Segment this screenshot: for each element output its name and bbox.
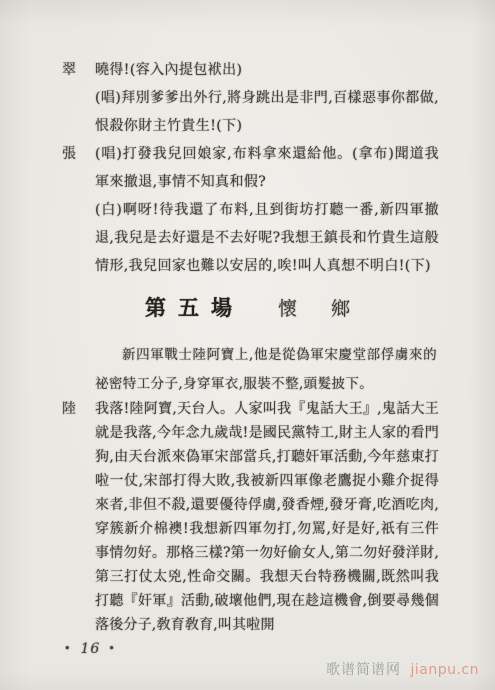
speaker-name: 張 <box>62 140 95 168</box>
speaker-name: 陸 <box>62 397 95 421</box>
dialogue-block-lu: 陸 我落!陸阿寶,天台人。人家叫我『鬼話大王』,鬼話大王就是我落,今年念九歲哉!… <box>62 397 439 637</box>
scene-subtitle-char: 懷 <box>278 298 297 320</box>
dialogue-paragraph: 我落!陸阿寶,天台人。人家叫我『鬼話大王』,鬼話大王就是我落,今年念九歲哉!是國… <box>95 397 439 637</box>
scanned-script-page: 翠 曉得!(容入內提包袱出) (唱)拜別爹爹出外行,將身跳出是非門,百樣惡事你都… <box>0 0 495 690</box>
page-number-bullet: • <box>64 642 73 655</box>
page-number: •16• <box>64 641 117 657</box>
dialogue-paragraph: (白)啊呀!待我還了布料,且到街坊打聽一番,新四軍撤退,我兒是去好還是不去好呢?… <box>95 196 439 280</box>
watermark-site-url: jianpu.cn <box>410 662 479 678</box>
stage-direction: 新四軍戰士陸阿寶上,他是從偽軍宋慶堂部俘虜來的祕密特工分子,身穿軍衣,服裝不整,… <box>95 341 437 399</box>
dialogue-paragraph: 曉得!(容入內提包袱出) <box>95 56 439 84</box>
scene-subtitle-char: 鄉 <box>331 298 350 320</box>
dialogue-text: (唱)打發我兒回娘家,布料拿來還給他。(拿布)聞道我軍來撤退,事情不知真和假? … <box>95 140 439 280</box>
scene-title: 第五場懷鄉 <box>0 292 495 322</box>
dialogue-block-cui: 翠 曉得!(容入內提包袱出) (唱)拜別爹爹出外行,將身跳出是非門,百樣惡事你都… <box>62 56 439 140</box>
watermark-site-name: 歌谱简谱网 <box>326 662 401 678</box>
dialogue-paragraph: (唱)打發我兒回娘家,布料拿來還給他。(拿布)聞道我軍來撤退,事情不知真和假? <box>95 140 439 196</box>
scene-number: 第五場 <box>145 295 244 320</box>
watermark: 歌谱简谱网 jianpu.cn <box>326 659 479 679</box>
speaker-name: 翠 <box>62 56 95 84</box>
dialogue-text: 曉得!(容入內提包袱出) (唱)拜別爹爹出外行,將身跳出是非門,百樣惡事你都做,… <box>95 56 439 140</box>
page-number-bullet: • <box>108 642 117 655</box>
dialogue-block-zhang: 張 (唱)打發我兒回娘家,布料拿來還給他。(拿布)聞道我軍來撤退,事情不知真和假… <box>62 140 439 280</box>
dialogue-text: 我落!陸阿寶,天台人。人家叫我『鬼話大王』,鬼話大王就是我落,今年念九歲哉!是國… <box>95 397 439 637</box>
dialogue-paragraph: (唱)拜別爹爹出外行,將身跳出是非門,百樣惡事你都做,恨殺你財主竹貴生!(下) <box>95 84 439 140</box>
page-number-value: 16 <box>81 641 101 657</box>
